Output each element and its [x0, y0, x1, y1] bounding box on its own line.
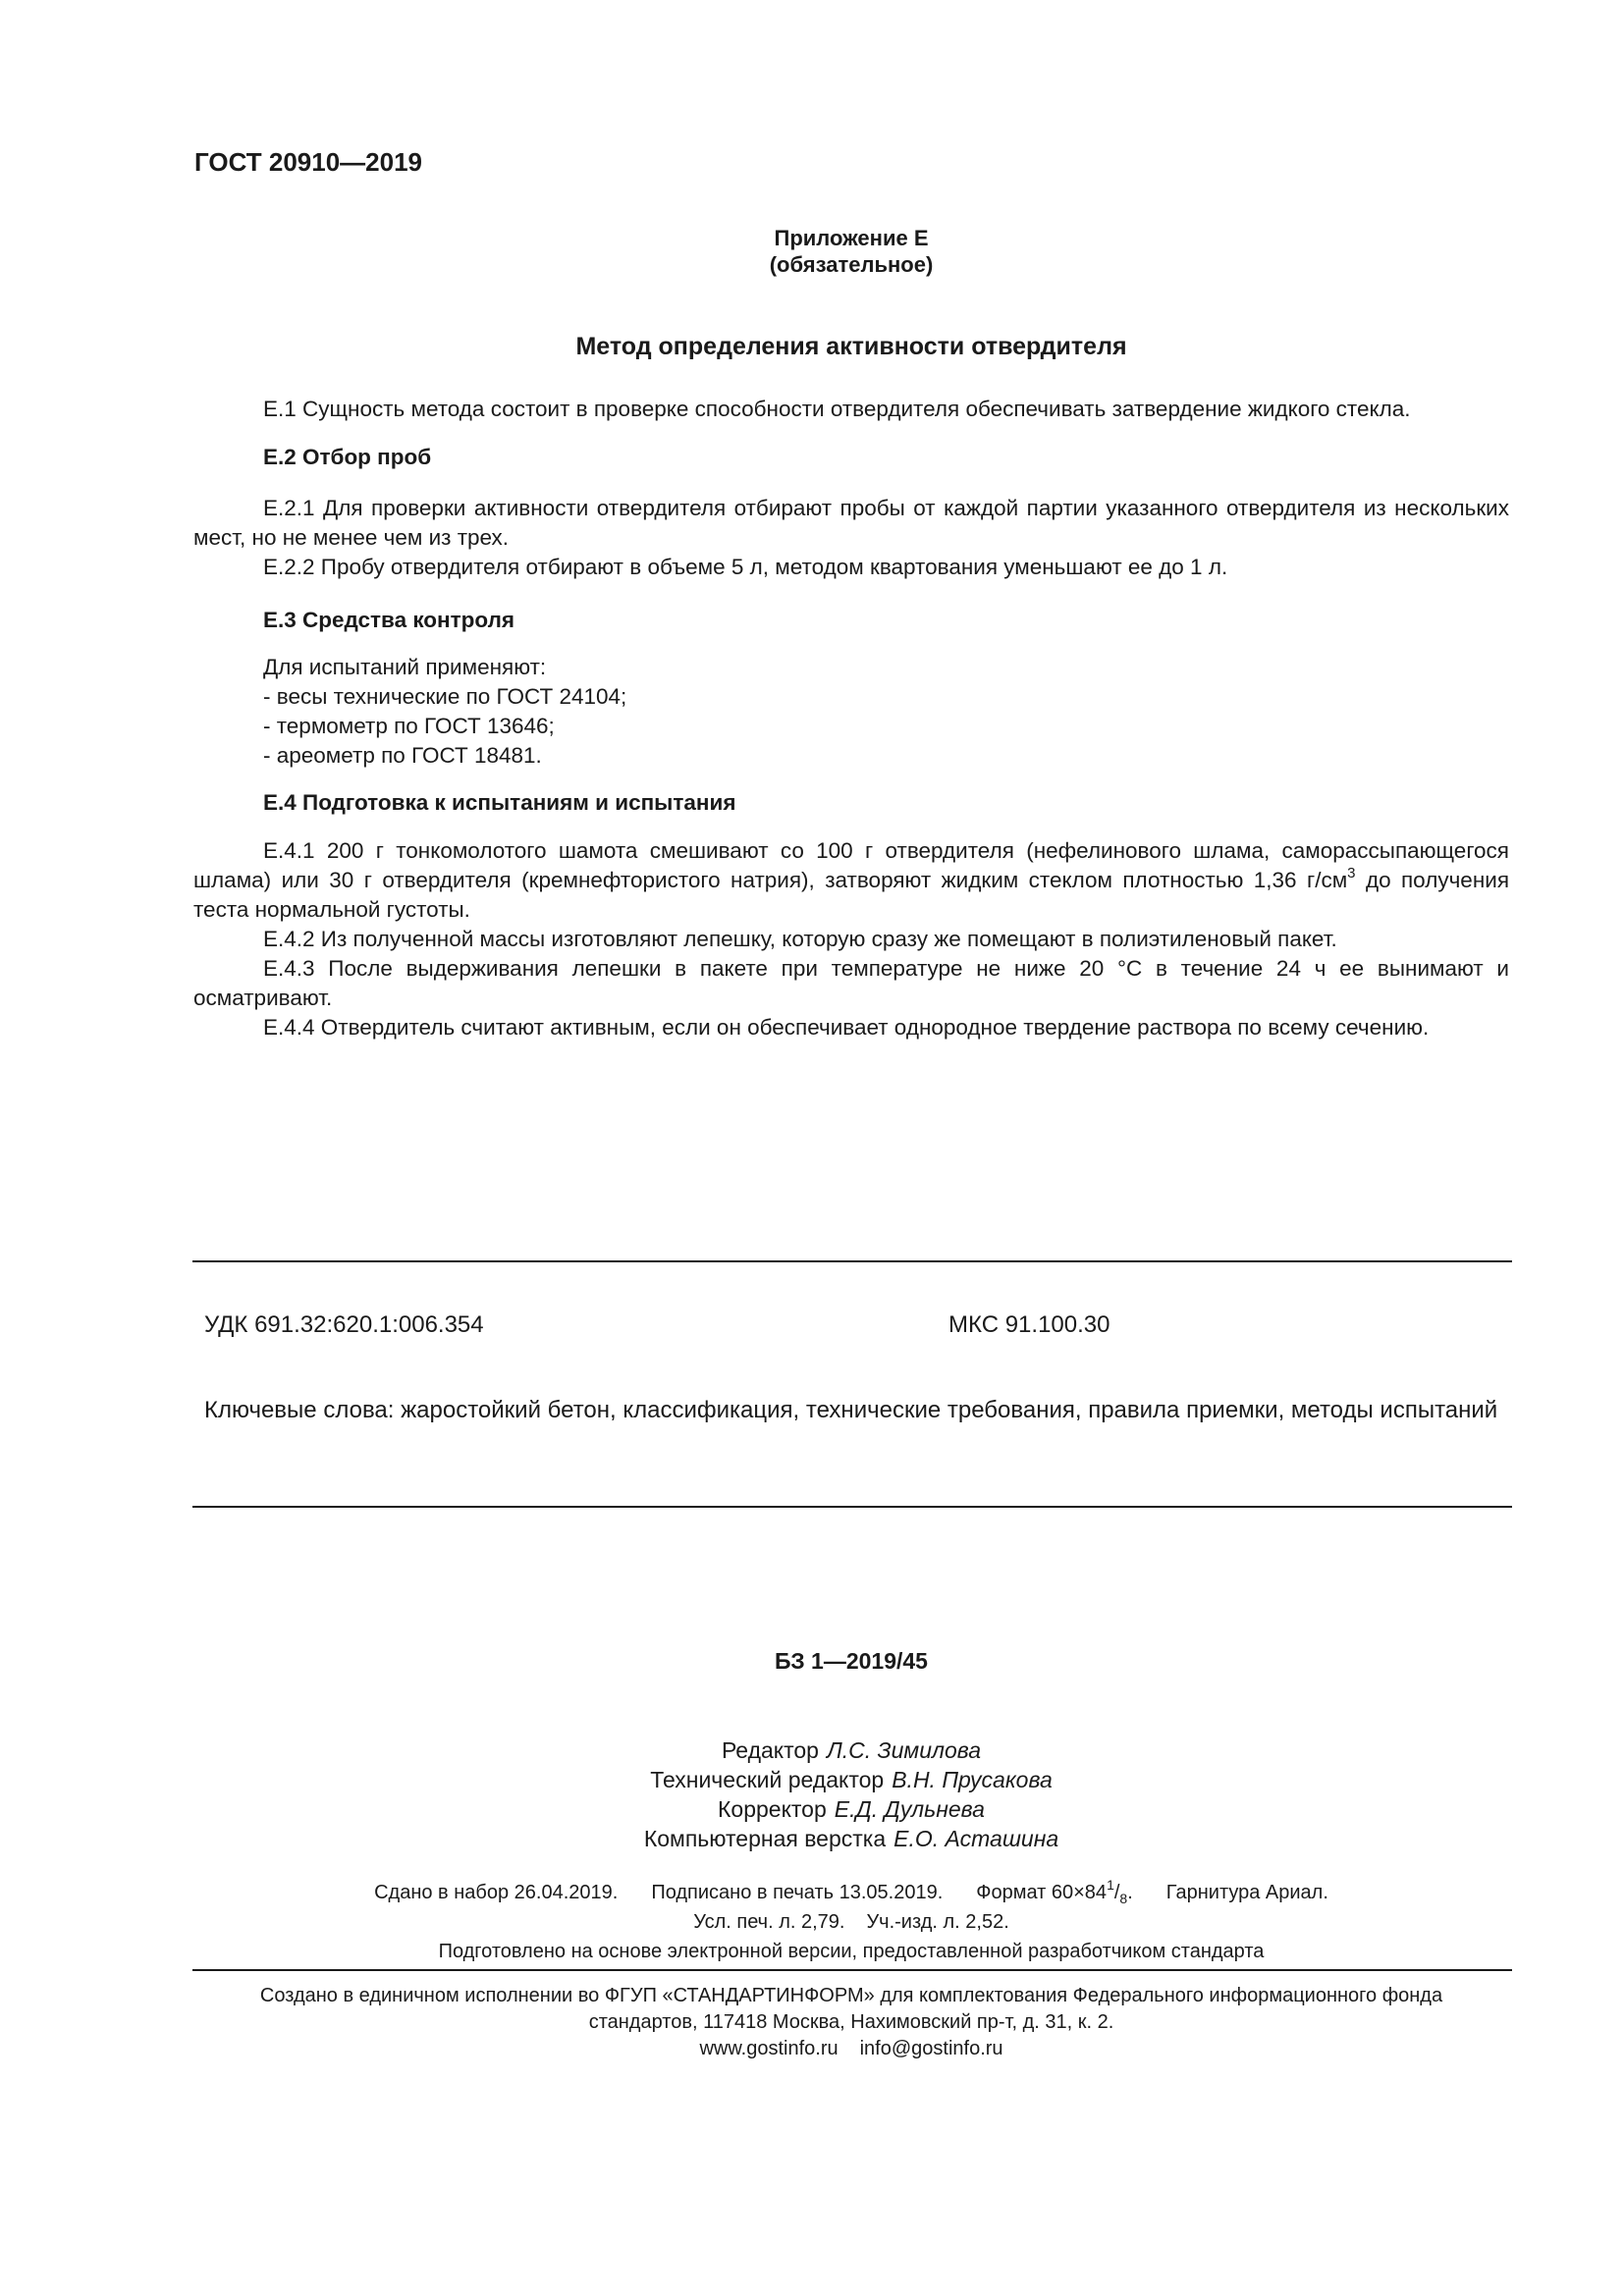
appendix-status: (обязательное)	[193, 251, 1509, 278]
mks-code: МКС 91.100.30	[948, 1311, 1110, 1339]
divider-bottom	[192, 1506, 1512, 1508]
keywords: Ключевые слова: жаростойкий бетон, класс…	[204, 1394, 1506, 1426]
editor-row: РедакторЛ.С. Зимилова	[193, 1735, 1509, 1765]
bz-number: БЗ 1—2019/45	[193, 1648, 1509, 1675]
format: Формат 60×841/8.	[976, 1882, 1133, 1903]
heading-e4: Е.4 Подготовка к испытаниям и испытания	[193, 788, 1509, 818]
section-e4: Е.4 Подготовка к испытаниям и испытания	[193, 788, 1509, 818]
list-item: - ареометр по ГОСТ 18481.	[193, 741, 1509, 771]
print-info: Сдано в набор 26.04.2019.Подписано в печ…	[193, 1878, 1509, 1966]
e3-intro: Для испытаний применяют:	[193, 653, 1509, 682]
heading-e2: Е.2 Отбор проб	[193, 443, 1509, 472]
email-link[interactable]: info@gostinfo.ru	[860, 2038, 1003, 2059]
paragraph-e4-2: Е.4.2 Из полученной массы изготовляют ле…	[193, 925, 1509, 954]
editor-row: Компьютерная версткаЕ.О. Асташина	[193, 1824, 1509, 1853]
editor-row: Технический редакторВ.Н. Прусакова	[193, 1765, 1509, 1794]
paragraph-e4-4: Е.4.4 Отвердитель считают активным, если…	[193, 1013, 1509, 1042]
list-item: - термометр по ГОСТ 13646;	[193, 712, 1509, 741]
paragraph-e4-1: Е.4.1 200 г тонкомолотого шамота смешива…	[193, 836, 1509, 925]
list-item: - весы технические по ГОСТ 24104;	[193, 682, 1509, 712]
appendix-label: Приложение Е	[193, 225, 1509, 251]
document-number: ГОСТ 20910—2019	[194, 147, 422, 178]
paragraph-e4-3: Е.4.3 После выдерживания лепешки в пакет…	[193, 954, 1509, 1013]
prepared-note: Подготовлено на основе электронной верси…	[193, 1937, 1509, 1966]
print-dates: Сдано в набор 26.04.2019.Подписано в печ…	[193, 1878, 1509, 1907]
section-e2: Е.2 Отбор проб	[193, 443, 1509, 472]
editor-row: КорректорЕ.Д. Дульнева	[193, 1794, 1509, 1824]
appendix-title: Метод определения активности отвердителя	[193, 333, 1509, 361]
editors-block: РедакторЛ.С. Зимилова Технический редакт…	[193, 1735, 1509, 1853]
publisher-info: Создано в единичном исполнении во ФГУП «…	[193, 1983, 1509, 2062]
print-sheets: Усл. печ. л. 2,79.Уч.-изд. л. 2,52.	[193, 1907, 1509, 1937]
udk-code: УДК 691.32:620.1:006.354	[204, 1311, 484, 1339]
heading-e3: Е.3 Средства контроля	[193, 606, 1509, 635]
section-e1: Е.1 Сущность метода состоит в проверке с…	[193, 395, 1509, 424]
section-e4-body: Е.4.1 200 г тонкомолотого шамота смешива…	[193, 836, 1509, 1042]
section-e3: Е.3 Средства контроля	[193, 606, 1509, 635]
divider-top	[192, 1260, 1512, 1262]
website-link[interactable]: www.gostinfo.ru	[699, 2038, 838, 2059]
paragraph-e1: Е.1 Сущность метода состоит в проверке с…	[193, 395, 1509, 424]
section-e2-body: Е.2.1 Для проверки активности отвердител…	[193, 494, 1509, 582]
divider-imprint	[192, 1969, 1512, 1971]
paragraph-e2-1: Е.2.1 Для проверки активности отвердител…	[193, 494, 1509, 553]
section-e3-body: Для испытаний применяют: - весы техничес…	[193, 653, 1509, 771]
paragraph-e2-2: Е.2.2 Пробу отвердителя отбирают в объем…	[193, 553, 1509, 582]
appendix-heading: Приложение Е (обязательное)	[193, 225, 1509, 278]
